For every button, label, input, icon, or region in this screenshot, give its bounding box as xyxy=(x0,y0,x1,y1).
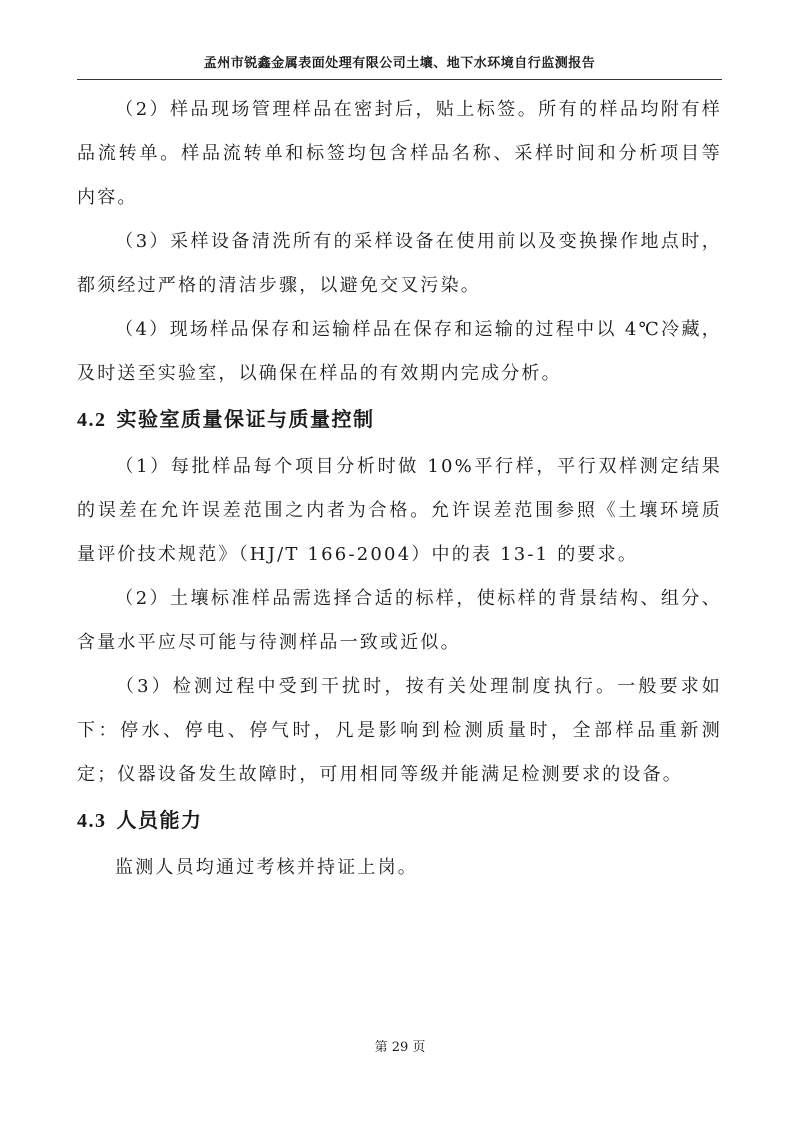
section-number: 4.2 xyxy=(77,409,107,431)
paragraph-personnel: 监测人员均通过考核并持证上岗。 xyxy=(77,846,722,890)
section-heading-4-3: 4.3人员能力 xyxy=(77,801,722,840)
report-title: 孟州市锐鑫金属表面处理有限公司土壤、地下水环境自行监测报告 xyxy=(204,56,596,71)
page-header: 孟州市锐鑫金属表面处理有限公司土壤、地下水环境自行监测报告 xyxy=(77,52,722,80)
section-number: 4.3 xyxy=(77,810,107,832)
page-number: 第 29 页 xyxy=(375,1040,426,1055)
page-footer: 第 29 页 xyxy=(0,1036,800,1055)
paragraph-interference: （3）检测过程中受到干扰时，按有关处理制度执行。一般要求如下：停水、停电、停气时… xyxy=(77,665,722,797)
section-title: 实验室质量保证与质量控制 xyxy=(117,407,375,431)
paragraph-sample-storage: （4）现场样品保存和运输样品在保存和运输的过程中以 4℃冷藏，及时送至实验室，以… xyxy=(77,308,722,396)
paragraph-parallel-samples: （1）每批样品每个项目分析时做 10%平行样，平行双样测定结果的误差在允许误差范… xyxy=(77,445,722,577)
paragraph-sample-management: （2）样品现场管理样品在密封后，贴上标签。所有的样品均附有样品流转单。样品流转单… xyxy=(77,88,722,220)
section-heading-4-2: 4.2实验室质量保证与质量控制 xyxy=(77,400,722,439)
paragraph-standard-samples: （2）土壤标准样品需选择合适的标样，使标样的背景结构、组分、含量水平应尽可能与待… xyxy=(77,577,722,665)
section-title: 人员能力 xyxy=(117,808,203,832)
paragraph-equipment-cleaning: （3）采样设备清洗所有的采样设备在使用前以及变换操作地点时，都须经过严格的清洁步… xyxy=(77,220,722,308)
document-body: （2）样品现场管理样品在密封后，贴上标签。所有的样品均附有样品流转单。样品流转单… xyxy=(77,88,722,890)
